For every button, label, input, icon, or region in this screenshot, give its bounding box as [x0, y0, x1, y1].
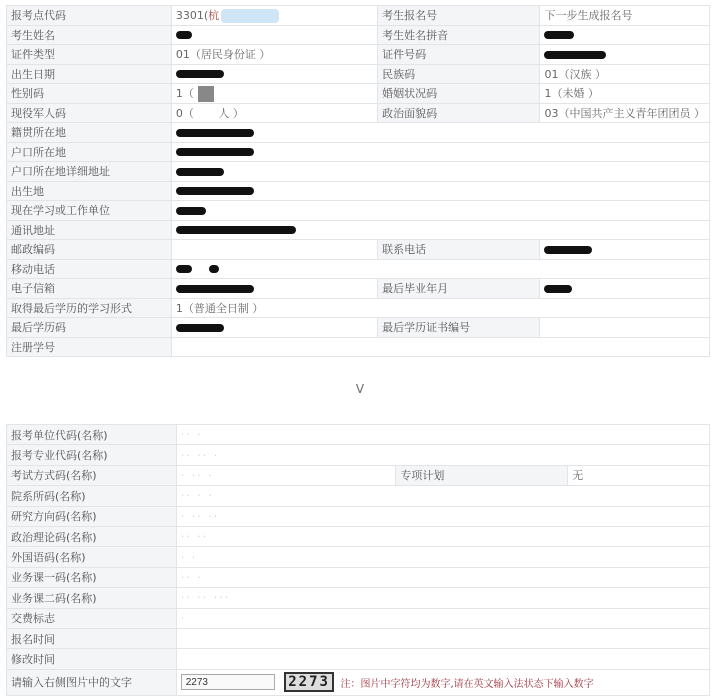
- table-row: 最后学历码 最后学历证书编号: [7, 318, 710, 338]
- gender-value: 1（: [171, 84, 377, 104]
- last-degree-label: 最后学历码: [7, 318, 172, 338]
- department-code-label: 院系所码(名称): [7, 486, 177, 506]
- redaction: [176, 187, 254, 195]
- modified-time-value: [176, 649, 709, 669]
- table-row: 户口所在地详细地址: [7, 162, 710, 182]
- table-row: 报考专业代码(名称) ·· ·· ·: [7, 445, 710, 465]
- captcha-label: 请输入右侧图片中的文字: [7, 669, 177, 695]
- name-pinyin-label: 考生姓名拼音: [378, 25, 540, 45]
- subject-one-value: ·· ·: [176, 567, 709, 587]
- redaction: [176, 324, 224, 332]
- id-type-label: 证件类型: [7, 45, 172, 65]
- payment-flag-label: 交费标志: [7, 608, 177, 628]
- redaction: [176, 70, 224, 78]
- table-row: 出生日期 民族码 01（汉族 ）: [7, 64, 710, 84]
- table-row: 外国语码(名称) · ·: [7, 547, 710, 567]
- redaction: [176, 285, 254, 293]
- captcha-note: 注：图片中字符均为数字,请在英文输入法状态下输入数字: [340, 679, 593, 690]
- redaction: [198, 86, 214, 102]
- registration-time-label: 报名时间: [7, 628, 177, 648]
- redaction: [544, 285, 572, 293]
- student-id-label: 注册学号: [7, 337, 172, 357]
- registration-time-value: [176, 628, 709, 648]
- redaction: [544, 31, 574, 39]
- table-row: 业务课二码(名称) ·· ·· ···: [7, 588, 710, 608]
- table-row: 出生地: [7, 181, 710, 201]
- personal-info-table: 报考点代码 3301(杭 考生报名号 下一步生成报名号 考生姓名 考生姓名拼音 …: [6, 5, 710, 357]
- study-form-label: 取得最后学历的学习形式: [7, 298, 172, 318]
- research-direction-label: 研究方向码(名称): [7, 506, 177, 526]
- last-degree-value: [171, 318, 377, 338]
- table-row: 取得最后学历的学习形式 1（普通全日制 ）: [7, 298, 710, 318]
- politics-code-label: 政治理论码(名称): [7, 526, 177, 546]
- mobile-value: [171, 259, 709, 279]
- redaction: [176, 31, 192, 39]
- birthplace-label: 出生地: [7, 181, 172, 201]
- table-row: 修改时间: [7, 649, 710, 669]
- table-row: 考生姓名 考生姓名拼音: [7, 25, 710, 45]
- name-pinyin-value: [540, 25, 710, 45]
- table-row: 考试方式码(名称) · ·· · 专项计划 无: [7, 465, 710, 485]
- candidate-name-label: 考生姓名: [7, 25, 172, 45]
- redaction: [221, 9, 279, 23]
- work-unit-value: [171, 201, 709, 221]
- table-row: 籍贯所在地: [7, 123, 710, 143]
- mailing-address-value: [171, 220, 709, 240]
- foreign-language-label: 外国语码(名称): [7, 547, 177, 567]
- table-row: 报考点代码 3301(杭 考生报名号 下一步生成报名号: [7, 6, 710, 26]
- table-row: 院系所码(名称) ·· · ·: [7, 486, 710, 506]
- birth-date-value: [171, 64, 377, 84]
- table-row: 电子信箱 最后毕业年月: [7, 279, 710, 299]
- student-id-value: [171, 337, 709, 357]
- table-row: 户口所在地: [7, 142, 710, 162]
- captcha-cell: 2273 注：图片中字符均为数字,请在英文输入法状态下输入数字: [176, 669, 709, 695]
- table-row: 政治理论码(名称) ·· ··: [7, 526, 710, 546]
- redaction: [544, 51, 606, 59]
- captcha-image[interactable]: 2273: [284, 672, 334, 692]
- table-row: 报考单位代码(名称) ·· ·: [7, 425, 710, 445]
- redaction: [544, 246, 592, 254]
- household-address-value: [171, 162, 709, 182]
- id-number-value: [540, 45, 710, 65]
- graduation-date-value: [540, 279, 710, 299]
- birth-date-label: 出生日期: [7, 64, 172, 84]
- table-row: 证件类型 01（居民身份证 ） 证件号码: [7, 45, 710, 65]
- contact-phone-label: 联系电话: [378, 240, 540, 260]
- study-form-value: 1（普通全日制 ）: [171, 298, 709, 318]
- redaction: [176, 265, 192, 273]
- politics-code-value: ·· ··: [176, 526, 709, 546]
- military-value: 0（ 人 ）: [171, 103, 377, 123]
- redaction: [176, 129, 254, 137]
- household-value: [171, 142, 709, 162]
- email-value: [171, 279, 377, 299]
- payment-flag-value: ·: [176, 608, 709, 628]
- work-unit-label: 现在学习或工作单位: [7, 201, 172, 221]
- household-label: 户口所在地: [7, 142, 172, 162]
- graduation-date-label: 最后毕业年月: [378, 279, 540, 299]
- redaction: [176, 168, 224, 176]
- research-direction-value: · ·· ··: [176, 506, 709, 526]
- candidate-name-value: [171, 25, 377, 45]
- institution-code-label: 报考单位代码(名称): [7, 425, 177, 445]
- ethnicity-label: 民族码: [378, 64, 540, 84]
- native-place-label: 籍贯所在地: [7, 123, 172, 143]
- modified-time-label: 修改时间: [7, 649, 177, 669]
- subject-two-value: ·· ·· ···: [176, 588, 709, 608]
- table-row: 注册学号: [7, 337, 710, 357]
- marital-status-value: 1（未婚 ）: [540, 84, 710, 104]
- email-label: 电子信箱: [7, 279, 172, 299]
- exam-site-code-value: 3301(杭: [171, 6, 377, 26]
- redaction: [176, 148, 254, 156]
- table-row: 业务课一码(名称) ·· ·: [7, 567, 710, 587]
- gender-label: 性别码: [7, 84, 172, 104]
- household-address-label: 户口所在地详细地址: [7, 162, 172, 182]
- table-row: 研究方向码(名称) · ·· ··: [7, 506, 710, 526]
- ethnicity-value: 01（汉族 ）: [540, 64, 710, 84]
- political-status-value: 03（中国共产主义青年团团员 ）: [540, 103, 710, 123]
- table-row: 请输入右侧图片中的文字 2273 注：图片中字符均为数字,请在英文输入法状态下输…: [7, 669, 710, 695]
- table-row: 性别码 1（ 婚姻状况码 1（未婚 ）: [7, 84, 710, 104]
- postal-code-value: [171, 240, 377, 260]
- foreign-language-value: · ·: [176, 547, 709, 567]
- exam-mode-label: 考试方式码(名称): [7, 465, 177, 485]
- id-type-value: 01（居民身份证 ）: [171, 45, 377, 65]
- subject-one-label: 业务课一码(名称): [7, 567, 177, 587]
- degree-cert-label: 最后学历证书编号: [378, 318, 540, 338]
- table-row: 移动电话: [7, 259, 710, 279]
- registration-number-value: 下一步生成报名号: [540, 6, 710, 26]
- native-place-value: [171, 123, 709, 143]
- application-info-table: 报考单位代码(名称) ·· · 报考专业代码(名称) ·· ·· · 考试方式码…: [6, 424, 710, 696]
- registration-number-label: 考生报名号: [378, 6, 540, 26]
- section-divider-mark: V: [0, 382, 720, 396]
- subject-two-label: 业务课二码(名称): [7, 588, 177, 608]
- table-row: 交费标志 ·: [7, 608, 710, 628]
- special-plan-label: 专项计划: [396, 465, 568, 485]
- institution-code-value: ·· ·: [176, 425, 709, 445]
- military-label: 现役军人码: [7, 103, 172, 123]
- birthplace-value: [171, 181, 709, 201]
- contact-phone-value: [540, 240, 710, 260]
- political-status-label: 政治面貌码: [378, 103, 540, 123]
- id-number-label: 证件号码: [378, 45, 540, 65]
- table-row: 报名时间: [7, 628, 710, 648]
- table-row: 通讯地址: [7, 220, 710, 240]
- table-row: 现役军人码 0（ 人 ） 政治面貌码 03（中国共产主义青年团团员 ）: [7, 103, 710, 123]
- mailing-address-label: 通讯地址: [7, 220, 172, 240]
- exam-mode-value: · ·· ·: [176, 465, 396, 485]
- degree-cert-value: [540, 318, 710, 338]
- captcha-input[interactable]: [181, 674, 275, 690]
- department-code-value: ·· · ·: [176, 486, 709, 506]
- redaction: [176, 207, 206, 215]
- mobile-label: 移动电话: [7, 259, 172, 279]
- special-plan-value: 无: [568, 465, 710, 485]
- table-row: 邮政编码 联系电话: [7, 240, 710, 260]
- major-code-value: ·· ·· ·: [176, 445, 709, 465]
- redaction: [209, 265, 219, 273]
- exam-site-code-label: 报考点代码: [7, 6, 172, 26]
- redaction: [176, 226, 296, 234]
- postal-code-label: 邮政编码: [7, 240, 172, 260]
- table-row: 现在学习或工作单位: [7, 201, 710, 221]
- major-code-label: 报考专业代码(名称): [7, 445, 177, 465]
- marital-status-label: 婚姻状况码: [378, 84, 540, 104]
